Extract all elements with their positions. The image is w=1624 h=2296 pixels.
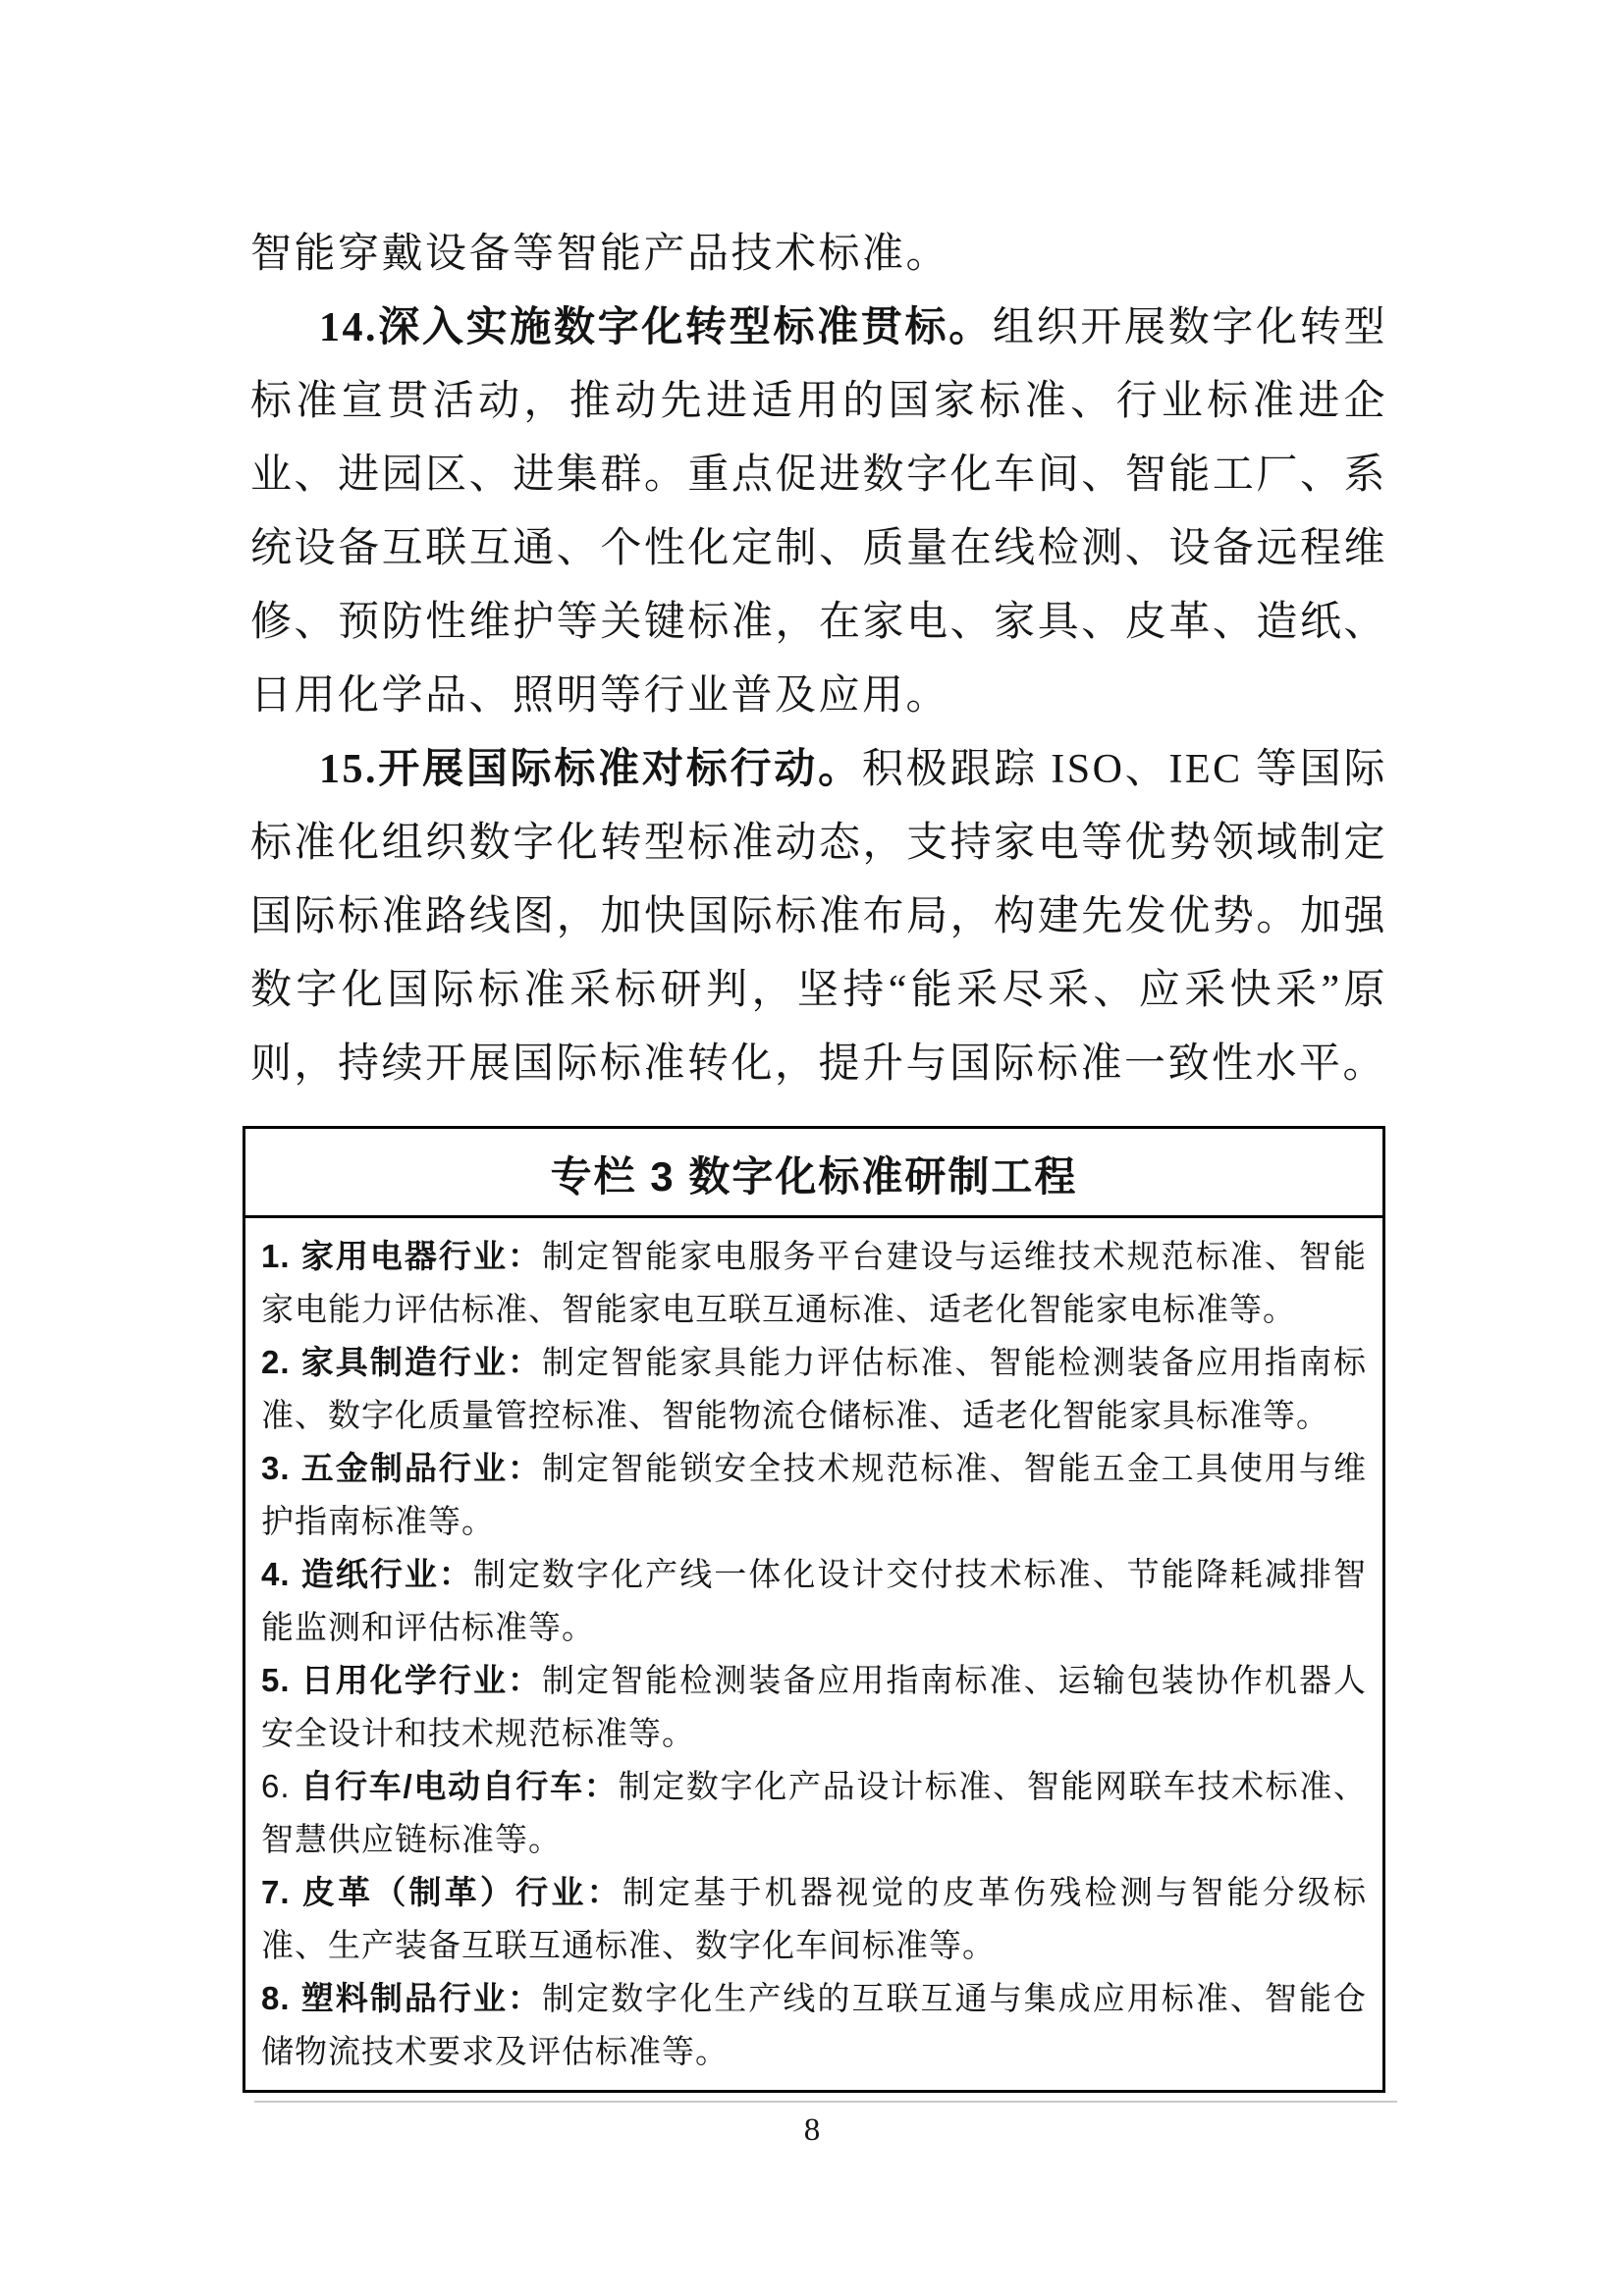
item-label: 五金制品行业： xyxy=(301,1450,542,1486)
item-label: 日用化学行业： xyxy=(301,1662,542,1698)
box-item-7: 7. 皮革（制革）行业：制定基于机器视觉的皮革伤残检测与智能分级标准、生产装备互… xyxy=(261,1866,1367,1972)
box-item-1: 1. 家用电器行业：制定智能家电服务平台建设与运维技术规范标准、智能家电能力评估… xyxy=(261,1230,1367,1336)
box-item-8: 8. 塑料制品行业：制定数字化生产线的互联互通与集成应用标准、智能仓储物流技术要… xyxy=(261,1972,1367,2078)
item-label: 皮革（制革）行业： xyxy=(302,1874,623,1910)
paragraph-item-15: 15.开展国际标准对标行动。积极跟踪 ISO、IEC 等国际标准化组织数字化转型… xyxy=(250,733,1387,1101)
box-shadow-artifact xyxy=(254,2101,1397,2103)
paragraph-intro: 智能穿戴设备等智能产品技术标准。 xyxy=(250,218,1387,292)
page-content: 智能穿戴设备等智能产品技术标准。 14.深入实施数字化转型标准贯标。组织开展数字… xyxy=(250,218,1387,2103)
item-number: 3. xyxy=(261,1450,291,1486)
item-number: 2. xyxy=(261,1344,291,1380)
box-item-3: 3. 五金制品行业：制定智能锁安全技术规范标准、智能五金工具使用与维护指南标准等… xyxy=(261,1442,1367,1548)
item-label: 家具制造行业： xyxy=(301,1344,542,1380)
item-number: 4. xyxy=(261,1556,291,1592)
box-item-2: 2. 家具制造行业：制定智能家具能力评估标准、智能检测装备应用指南标准、数字化质… xyxy=(261,1336,1367,1442)
box-body: 1. 家用电器行业：制定智能家电服务平台建设与运维技术规范标准、智能家电能力评估… xyxy=(245,1218,1382,2090)
paragraph-text: 组织开展数字化转型标准宣贯活动，推动先进适用的国家标准、行业标准进企业、进园区、… xyxy=(250,305,1387,719)
special-column-box: 专栏 3 数字化标准研制工程 1. 家用电器行业：制定智能家电服务平台建设与运维… xyxy=(243,1126,1385,2093)
item-label: 造纸行业： xyxy=(301,1556,473,1592)
item-number: 5. xyxy=(261,1662,291,1698)
paragraph-text: 积极跟踪 ISO、IEC 等国际标准化组织数字化转型标准动态，支持家电等优势领域… xyxy=(250,747,1387,1087)
box-item-5: 5. 日用化学行业：制定智能检测装备应用指南标准、运输包装协作机器人安全设计和技… xyxy=(261,1654,1367,1760)
document-page: 智能穿戴设备等智能产品技术标准。 14.深入实施数字化转型标准贯标。组织开展数字… xyxy=(0,0,1624,2296)
box-item-6: 6. 自行车/电动自行车：制定数字化产品设计标准、智能网联车技术标准、智慧供应链… xyxy=(261,1760,1367,1866)
item-number: 8. xyxy=(261,1980,291,2016)
paragraph-text: 智能穿戴设备等智能产品技术标准。 xyxy=(250,232,949,277)
item-number: 6. xyxy=(261,1768,291,1804)
item-label: 家用电器行业： xyxy=(301,1238,542,1274)
item-number: 7. xyxy=(261,1874,291,1910)
item-number: 1. xyxy=(261,1238,291,1274)
item-label: 塑料制品行业： xyxy=(301,1980,542,2016)
paragraph-lead: 15.开展国际标准对标行动。 xyxy=(319,747,862,792)
box-item-4: 4. 造纸行业：制定数字化产线一体化设计交付技术标准、节能降耗减排智能监测和评估… xyxy=(261,1548,1367,1654)
page-number: 8 xyxy=(0,2112,1624,2149)
item-label: 自行车/电动自行车： xyxy=(300,1768,618,1804)
paragraph-item-14: 14.深入实施数字化转型标准贯标。组织开展数字化转型标准宣贯活动，推动先进适用的… xyxy=(250,292,1387,733)
box-title: 专栏 3 数字化标准研制工程 xyxy=(245,1129,1382,1218)
paragraph-lead: 14.深入实施数字化转型标准贯标。 xyxy=(319,305,993,350)
